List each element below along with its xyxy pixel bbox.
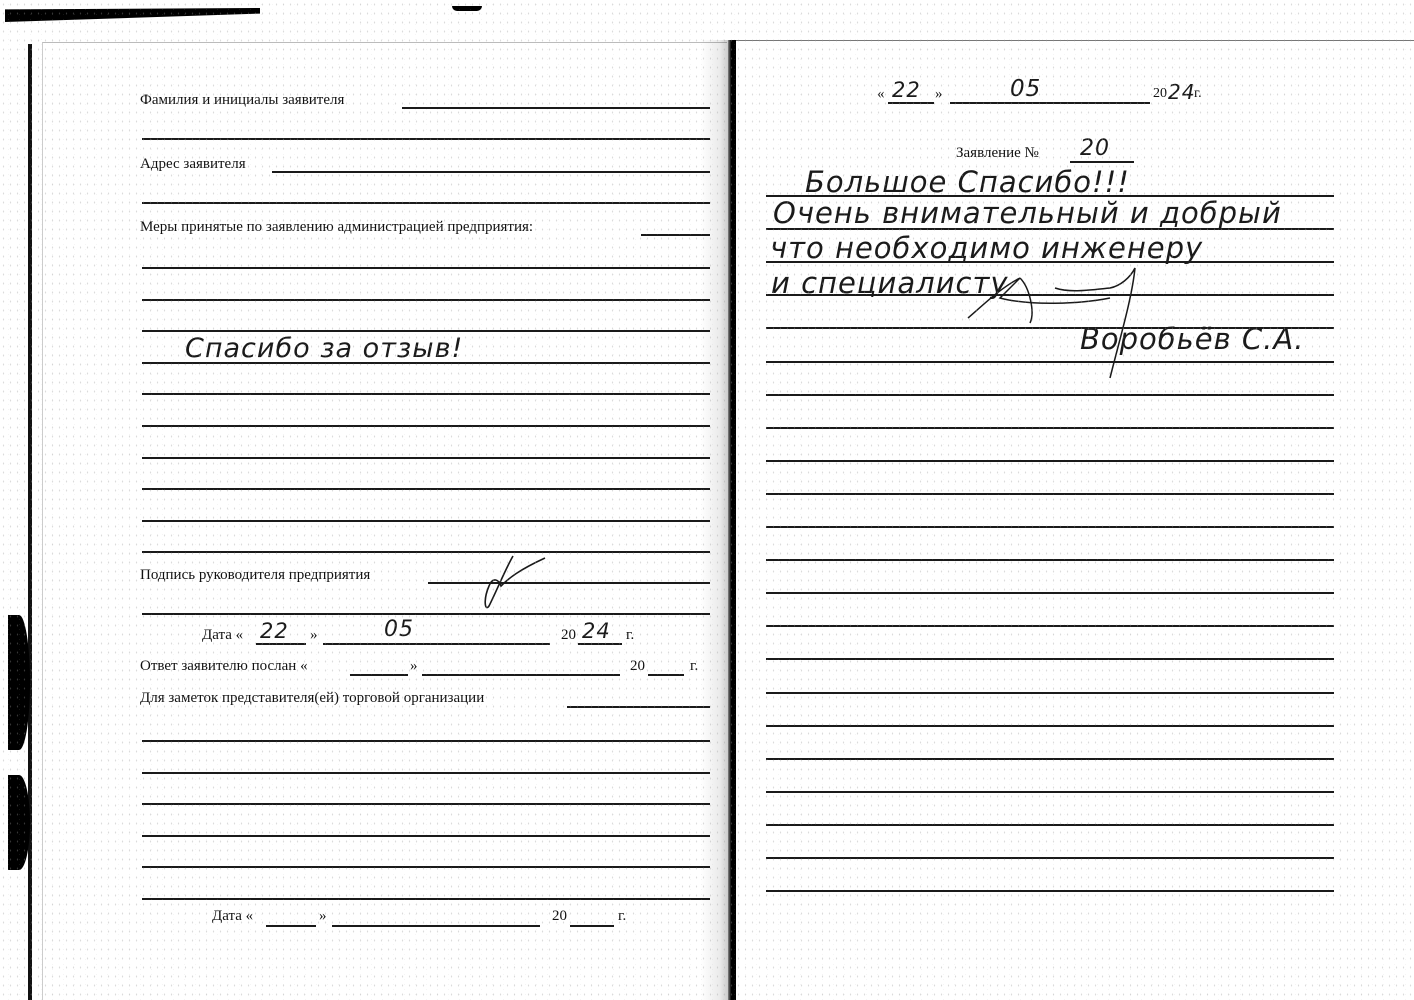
right-date-month-field[interactable]: [950, 102, 1150, 104]
date-label: Дата «: [202, 627, 243, 644]
date-day-value: 22: [260, 619, 289, 643]
page-edge: [736, 40, 1414, 41]
measures-field[interactable]: [641, 234, 710, 236]
date-year-field[interactable]: [578, 643, 622, 645]
ruled-line[interactable]: [766, 427, 1334, 429]
statement-number-field[interactable]: [1070, 161, 1134, 163]
manager-signature: [475, 550, 555, 610]
scan-edge-shadow: [5, 8, 260, 22]
ruled-line[interactable]: [766, 394, 1334, 396]
page-edge: [28, 44, 32, 1000]
right-date-year-prefix: 20: [1153, 86, 1167, 102]
date-year-unit: г.: [626, 627, 634, 644]
ruled-line[interactable]: [766, 824, 1334, 826]
manager-signature-field[interactable]: [428, 582, 710, 584]
ruled-line[interactable]: [142, 267, 710, 269]
ruled-line[interactable]: [766, 791, 1334, 793]
right-date-open-quote: «: [877, 86, 885, 103]
ruled-line[interactable]: [766, 890, 1334, 892]
handwritten-line-1: Большое Спасибо!!!: [805, 165, 1130, 199]
reply-close-quote: »: [410, 658, 418, 675]
applicant-name-field-line2[interactable]: [142, 138, 710, 140]
ruled-line[interactable]: [142, 835, 710, 837]
signer-name: Воробьёв С.А.: [1080, 322, 1304, 356]
date-year-prefix: 20: [561, 627, 576, 644]
right-date-day-field[interactable]: [888, 102, 934, 104]
date-month-value: 05: [384, 617, 414, 642]
ruled-line[interactable]: [766, 526, 1334, 528]
reply-year-prefix: 20: [630, 658, 645, 675]
applicant-address-label: Адрес заявителя: [140, 156, 246, 173]
statement-label: Заявление №: [956, 145, 1039, 162]
date-close-quote: »: [310, 627, 318, 644]
notes-label: Для заметок представителя(ей) торговой о…: [140, 690, 484, 707]
handwritten-line-2: Очень внимательный и добрый: [773, 196, 1282, 230]
measures-handwritten-text: Спасибо за отзыв!: [185, 333, 463, 364]
ruled-line[interactable]: [142, 425, 710, 427]
reply-year-field[interactable]: [648, 674, 684, 676]
applicant-name-label: Фамилия и инициалы заявителя: [140, 92, 344, 109]
ruled-line[interactable]: [766, 460, 1334, 462]
ruled-line[interactable]: [142, 488, 710, 490]
handwritten-line-3: что необходимо инженеру: [770, 231, 1203, 265]
ruled-line[interactable]: [142, 551, 710, 553]
ruled-line[interactable]: [142, 299, 710, 301]
binding-hole-shadow: [8, 775, 30, 870]
reply-year-unit: г.: [690, 658, 698, 675]
ruled-line[interactable]: [142, 740, 710, 742]
ruled-line[interactable]: [142, 457, 710, 459]
binding-hole-shadow: [8, 615, 30, 750]
ruled-line[interactable]: [142, 803, 710, 805]
applicant-address-field[interactable]: [272, 171, 710, 173]
reply-day-field[interactable]: [350, 674, 408, 676]
ruled-line[interactable]: [766, 758, 1334, 760]
ruled-line[interactable]: [142, 898, 710, 900]
right-date-close-quote: »: [935, 86, 943, 103]
ruled-line[interactable]: [766, 493, 1334, 495]
right-date-year-value: 24: [1168, 80, 1195, 104]
bottom-date-day-field[interactable]: [266, 925, 316, 927]
ruled-line[interactable]: [766, 559, 1334, 561]
statement-number-value: 20: [1080, 136, 1110, 161]
bottom-year-prefix: 20: [552, 908, 567, 925]
bottom-date-close-quote: »: [319, 908, 327, 925]
ruled-line[interactable]: [142, 393, 710, 395]
scan-edge-shadow: [452, 6, 482, 11]
ruled-line[interactable]: [142, 772, 710, 774]
bottom-year-field[interactable]: [570, 925, 614, 927]
ruled-line[interactable]: [766, 658, 1334, 660]
right-date-day-value: 22: [892, 78, 921, 102]
bottom-date-label: Дата «: [212, 908, 253, 925]
reply-month-field[interactable]: [422, 674, 620, 676]
bottom-date-month-field[interactable]: [332, 925, 540, 927]
ruled-line[interactable]: [766, 692, 1334, 694]
date-month-field[interactable]: [323, 643, 550, 645]
manager-signature-label: Подпись руководителя предприятия: [140, 567, 370, 584]
ruled-line[interactable]: [142, 866, 710, 868]
ruled-line[interactable]: [142, 330, 710, 332]
right-date-month-value: 05: [1010, 76, 1041, 102]
ruled-line[interactable]: [766, 725, 1334, 727]
book-spine: [728, 40, 736, 1000]
right-date-year-unit: г.: [1194, 86, 1202, 102]
ruled-line[interactable]: [766, 857, 1334, 859]
measures-label: Меры принятые по заявлению администрацие…: [140, 219, 533, 236]
ruled-line[interactable]: [766, 592, 1334, 594]
date-year-value: 24: [582, 619, 611, 643]
date-day-field[interactable]: [256, 643, 306, 645]
applicant-name-field[interactable]: [402, 107, 710, 109]
signature-line2: [142, 613, 710, 615]
reply-sent-label: Ответ заявителю послан «: [140, 658, 308, 675]
ruled-line[interactable]: [142, 520, 710, 522]
notes-field[interactable]: [567, 706, 710, 708]
applicant-address-field-line2[interactable]: [142, 202, 710, 204]
bottom-year-unit: г.: [618, 908, 626, 925]
ruled-line[interactable]: [766, 625, 1334, 627]
